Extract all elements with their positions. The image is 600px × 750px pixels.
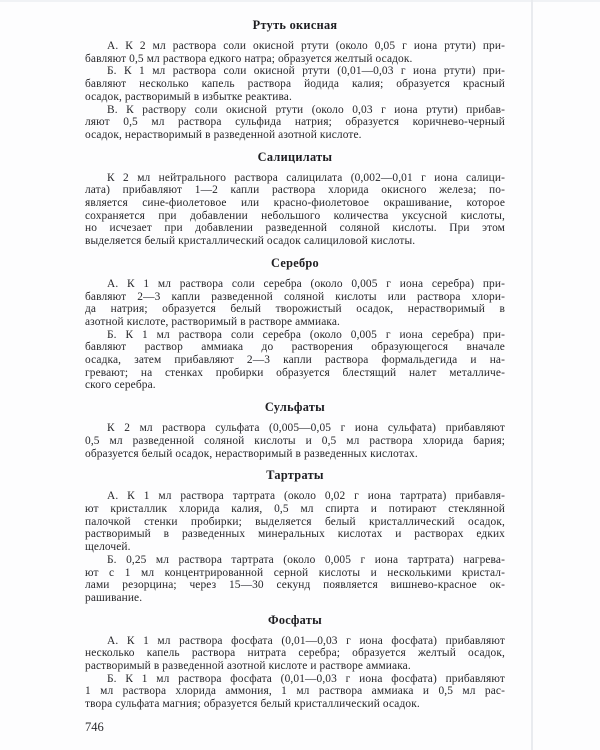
- text-line: бавляют раствор аммиака до растворения о…: [85, 341, 505, 354]
- text-line: лами резорцина; через 15—30 секунд появл…: [85, 579, 505, 592]
- text-line: но исчезает при добавлении разведенной с…: [85, 222, 505, 235]
- text-line: является сине-фиолетовое или красно-фиол…: [85, 197, 505, 210]
- text-line: К 2 мл нейтрального раствора салицилата …: [85, 172, 505, 185]
- text-line: ют с 1 мл концентрированной серной кисло…: [85, 567, 505, 580]
- paragraph: К 2 мл раствора сульфата (0,005—0,05 г и…: [85, 422, 505, 460]
- text-line: ют кристаллик хлорида калия, 0,5 мл спир…: [85, 503, 505, 516]
- text-line: лата) прибавляют 1—2 капли раствора хлор…: [85, 184, 505, 197]
- text-line: Б. К 1 мл раствора фосфата (0,01—0,03 г …: [85, 673, 505, 686]
- text-line: щелочей.: [85, 541, 505, 554]
- text-line: растворимый в разведенных минеральных ки…: [85, 528, 505, 541]
- section-title-mercury-oxide: Ртуть окисная: [85, 18, 505, 33]
- text-line: палочкой стенки пробирки; выделяется бел…: [85, 516, 505, 529]
- text-line: осадок, нерастворимый в разведенной азот…: [85, 129, 505, 142]
- text-line: азотной кислоте, растворимый в растворе …: [85, 316, 505, 329]
- paragraph: В. К раствору соли окисной ртути (около …: [85, 104, 505, 142]
- text-line: 0,5 мл разведенной соляной кислоты и 0,5…: [85, 435, 505, 448]
- text-line: Б. К 1 мл раствора соли окисной ртути (0…: [85, 65, 505, 78]
- text-line: А. К 1 мл раствора фосфата (0,01—0,03 г …: [85, 635, 505, 648]
- text-line: бавляют 0,5 мл раствора едкого натра; об…: [85, 53, 505, 66]
- paragraph: А. К 1 мл раствора соли серебра (около 0…: [85, 278, 505, 329]
- text-line: 1 мл раствора хлорида аммония, 1 мл раст…: [85, 685, 505, 698]
- section-title-phosphates: Фосфаты: [85, 613, 505, 628]
- text-line: А. К 2 мл раствора соли окисной ртути (о…: [85, 40, 505, 53]
- text-line: А. К 1 мл раствора тартрата (около 0,02 …: [85, 490, 505, 503]
- text-line: бавляют 2—3 капли разведенной соляной ки…: [85, 291, 505, 304]
- scan-edge-top: [0, 0, 600, 2]
- section-title-tartrates: Тартраты: [85, 468, 505, 483]
- text-line: бавляют несколько капель раствора йодида…: [85, 78, 505, 91]
- paragraph: Б. К 1 мл раствора соли серебра (около 0…: [85, 329, 505, 393]
- text-line: твора сульфата магния; образуется белый …: [85, 698, 505, 711]
- text-line: выделяется белый кристаллический осадок …: [85, 235, 505, 248]
- text-line: В. К раствору соли окисной ртути (около …: [85, 104, 505, 117]
- text-block: Ртуть окисная А. К 2 мл раствора соли ок…: [85, 18, 505, 711]
- paragraph: А. К 1 мл раствора тартрата (около 0,02 …: [85, 490, 505, 554]
- text-line: несколько капель раствора нитрата серебр…: [85, 647, 505, 660]
- paragraph: Б. К 1 мл раствора фосфата (0,01—0,03 г …: [85, 673, 505, 711]
- text-line: рашивание.: [85, 592, 505, 605]
- text-line: ляют 0,5 мл раствора сульфида натрия; об…: [85, 116, 505, 129]
- text-line: сохраняется при добавлении небольшого ко…: [85, 210, 505, 223]
- text-line: А. К 1 мл раствора соли серебра (около 0…: [85, 278, 505, 291]
- scanned-book-page: Ртуть окисная А. К 2 мл раствора соли ок…: [0, 0, 600, 750]
- text-line: ского серебра.: [85, 379, 505, 392]
- text-line: гревают; на стенках пробирки образуется …: [85, 367, 505, 380]
- page-number: 746: [85, 720, 600, 735]
- paragraph: К 2 мл нейтрального раствора салицилата …: [85, 172, 505, 248]
- paragraph: А. К 2 мл раствора соли окисной ртути (о…: [85, 40, 505, 65]
- scan-edge-right: [531, 0, 533, 750]
- text-line: да натрия; образуется белый творожистый …: [85, 303, 505, 316]
- section-title-silver: Серебро: [85, 256, 505, 271]
- text-line: Б. К 1 мл раствора соли серебра (около 0…: [85, 329, 505, 342]
- paragraph: А. К 1 мл раствора фосфата (0,01—0,03 г …: [85, 635, 505, 673]
- text-line: растворимый в разведенной азотной кислот…: [85, 660, 505, 673]
- paragraph: Б. К 1 мл раствора соли окисной ртути (0…: [85, 65, 505, 103]
- paragraph: Б. 0,25 мл раствора тартрата (около 0,00…: [85, 554, 505, 605]
- text-line: Б. 0,25 мл раствора тартрата (около 0,00…: [85, 554, 505, 567]
- text-line: осадка, затем прибавляют 2—3 капли раств…: [85, 354, 505, 367]
- text-line: образуется белый осадок, нерастворимый в…: [85, 448, 505, 461]
- text-line: осадок, растворимый в избытке реактива.: [85, 91, 505, 104]
- section-title-sulfates: Сульфаты: [85, 400, 505, 415]
- section-title-salicylates: Салицилаты: [85, 150, 505, 165]
- text-line: К 2 мл раствора сульфата (0,005—0,05 г и…: [85, 422, 505, 435]
